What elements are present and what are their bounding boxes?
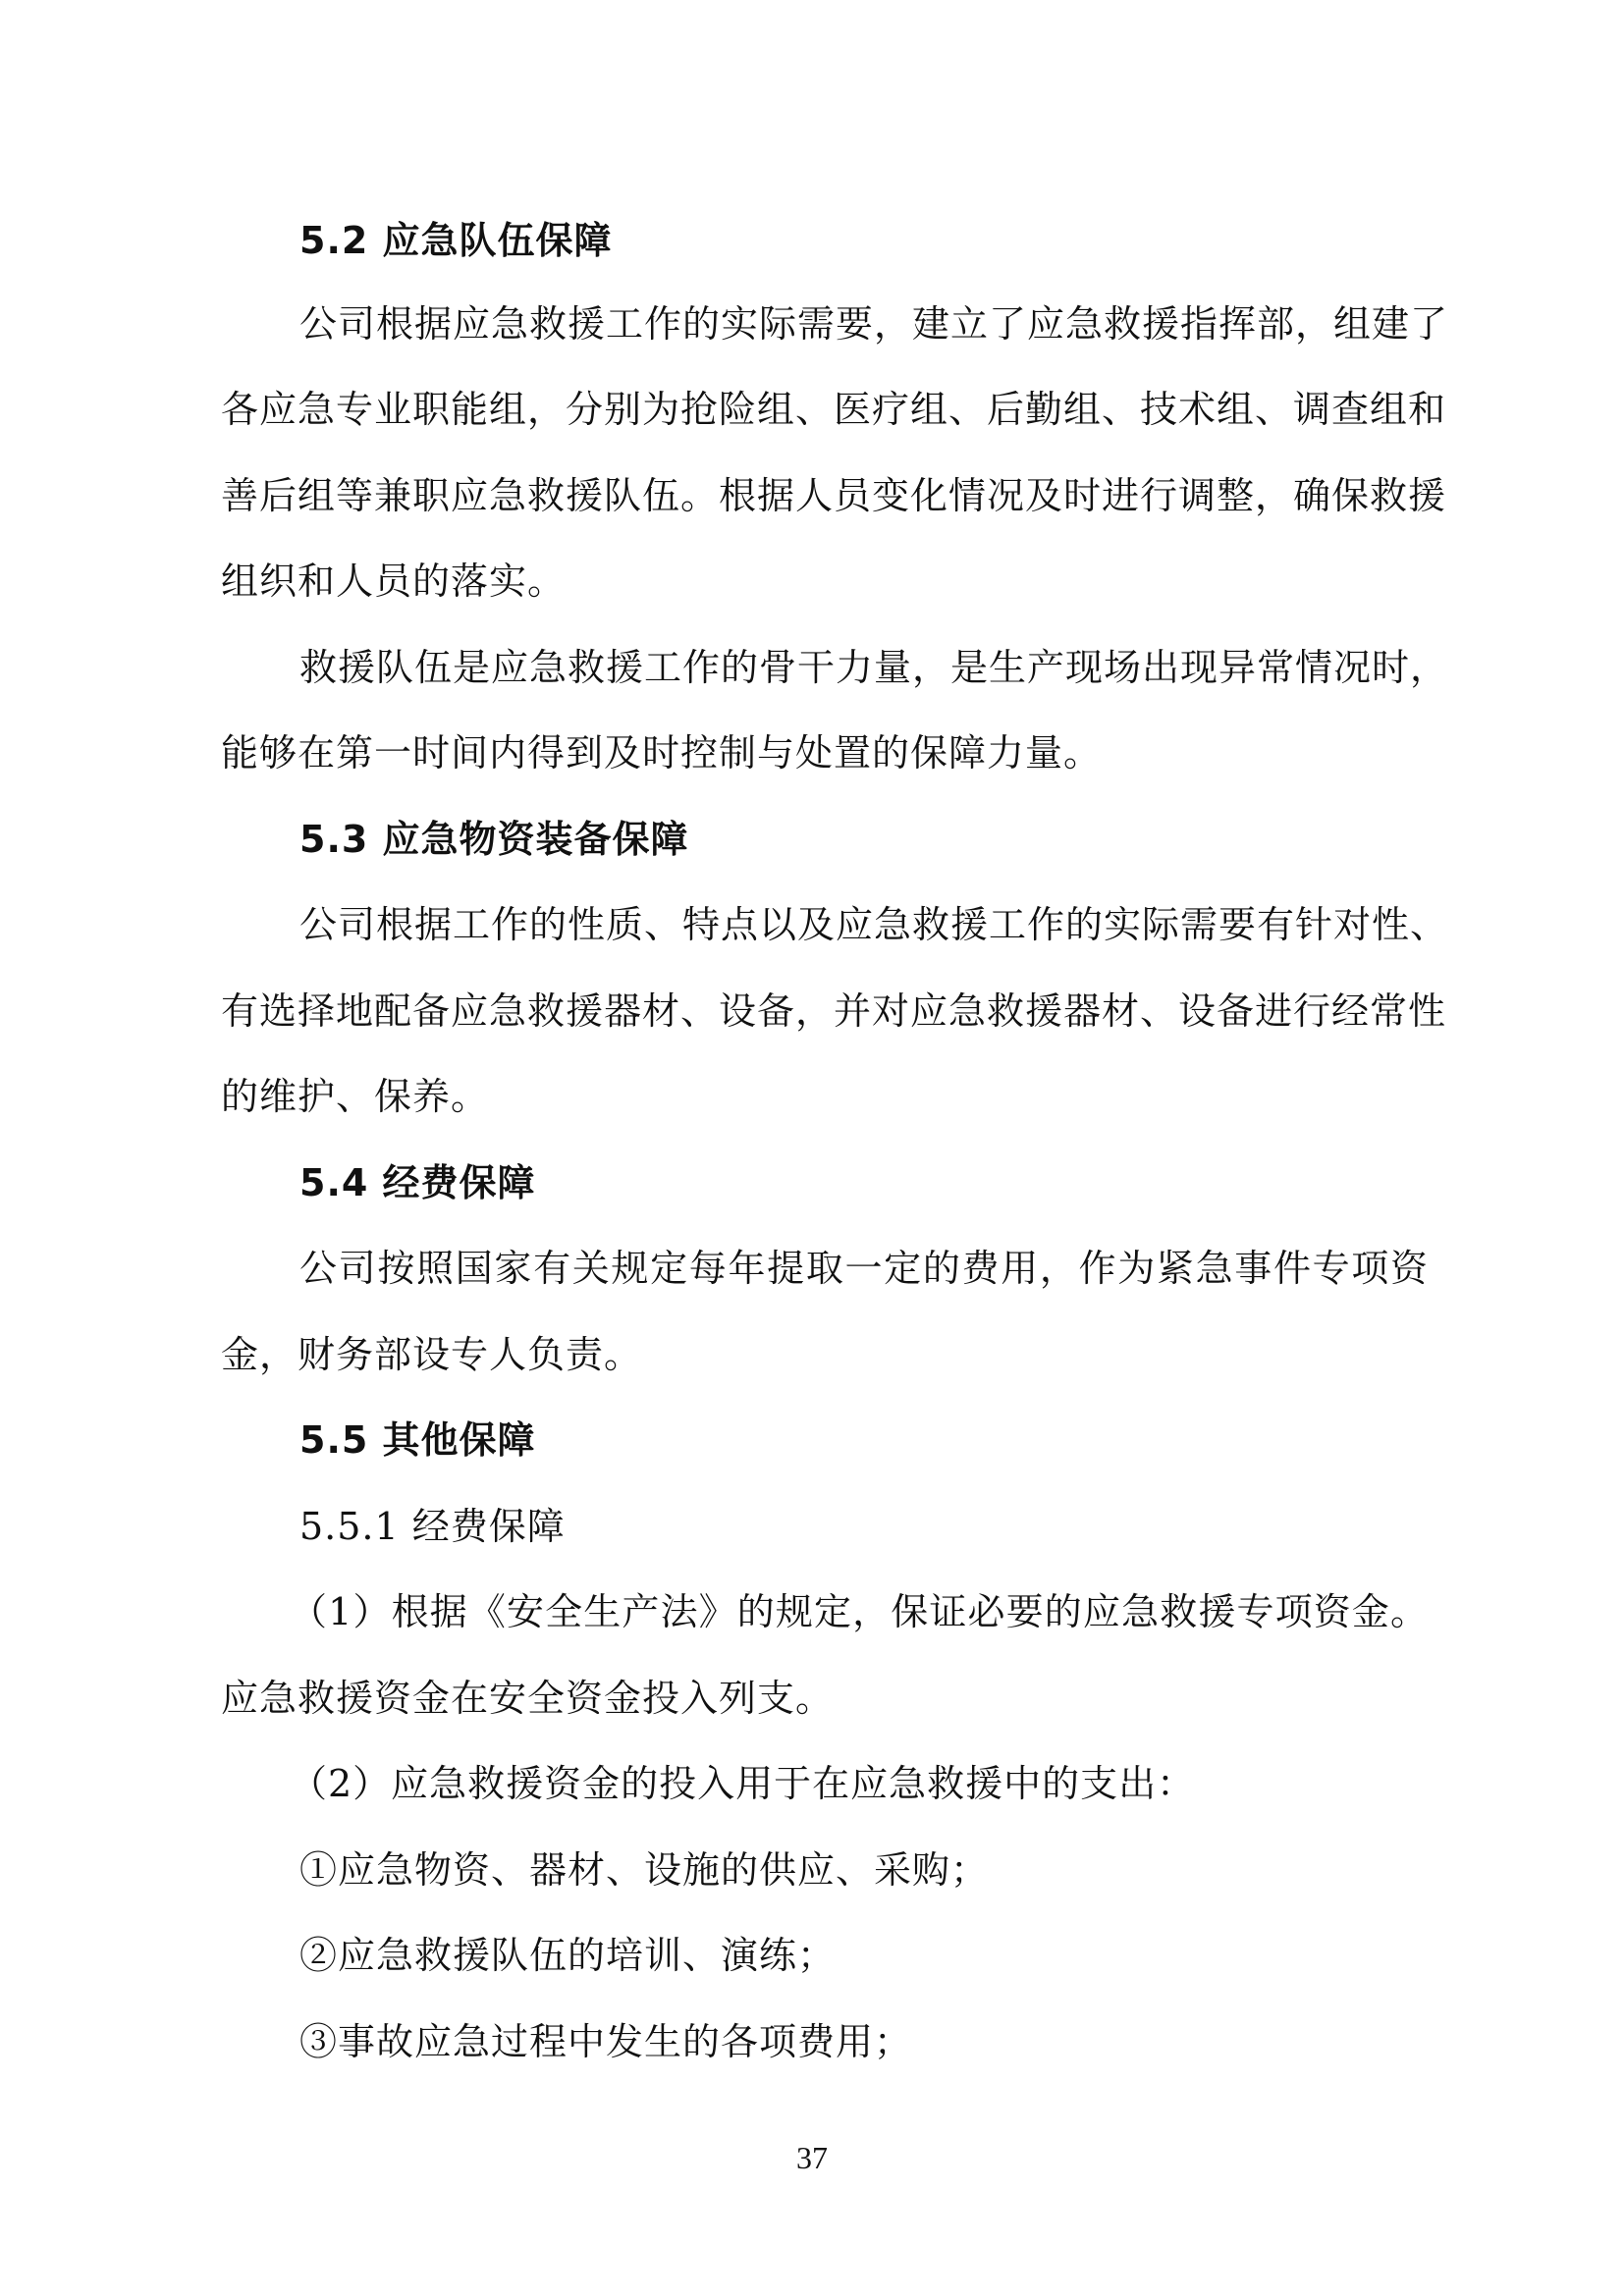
- bullet-item: ①应急物资、器材、设施的供应、采购；: [299, 1841, 989, 1899]
- heading-5-3: 5.3 应急物资装备保障: [299, 810, 689, 869]
- paragraph-line: 公司根据工作的性质、特点以及应急救援工作的实际需要有针对性、: [299, 895, 1429, 954]
- paragraph-line: 的维护、保养。: [221, 1067, 1429, 1126]
- document-page: 5.2 应急队伍保障 公司根据应急救援工作的实际需要，建立了应急救援指挥部，组建…: [0, 0, 1624, 2296]
- paragraph-line: 应急救援资金在安全资金投入列支。: [221, 1669, 1429, 1728]
- paragraph-line: （1）根据《安全生产法》的规定，保证必要的应急救援专项资金。: [290, 1582, 1429, 1641]
- paragraph-line: 组织和人员的落实。: [221, 552, 1429, 611]
- bullet-item: ②应急救援队伍的培训、演练；: [299, 1926, 836, 1985]
- paragraph-line: 各应急专业职能组，分别为抢险组、医疗组、后勤组、技术组、调查组和: [221, 380, 1429, 439]
- paragraph-line: 有选择地配备应急救援器材、设备，并对应急救援器材、设备进行经常性: [221, 982, 1429, 1041]
- bullet-item: ③事故应急过程中发生的各项费用；: [299, 2012, 912, 2071]
- list-item-2: （2）应急救援资金的投入用于在应急救援中的支出：: [290, 1754, 1195, 1813]
- paragraph-line: 公司按照国家有关规定每年提取一定的费用，作为紧急事件专项资: [299, 1239, 1429, 1298]
- subheading-5-5-1: 5.5.1 经费保障: [299, 1497, 566, 1556]
- paragraph-line: 善后组等兼职应急救援队伍。根据人员变化情况及时进行调整，确保救援: [221, 466, 1429, 525]
- paragraph-line: 公司根据应急救援工作的实际需要，建立了应急救援指挥部，组建了: [299, 294, 1429, 353]
- paragraph-line: 能够在第一时间内得到及时控制与处置的保障力量。: [221, 723, 1429, 782]
- paragraph-line: 金，财务部设专人负责。: [221, 1325, 1429, 1384]
- paragraph-line: 救援队伍是应急救援工作的骨干力量，是生产现场出现异常情况时，: [299, 638, 1429, 697]
- heading-5-4: 5.4 经费保障: [299, 1153, 536, 1212]
- heading-5-5: 5.5 其他保障: [299, 1411, 536, 1469]
- page-number: 37: [0, 2140, 1624, 2176]
- heading-5-2: 5.2 应急队伍保障: [299, 211, 613, 270]
